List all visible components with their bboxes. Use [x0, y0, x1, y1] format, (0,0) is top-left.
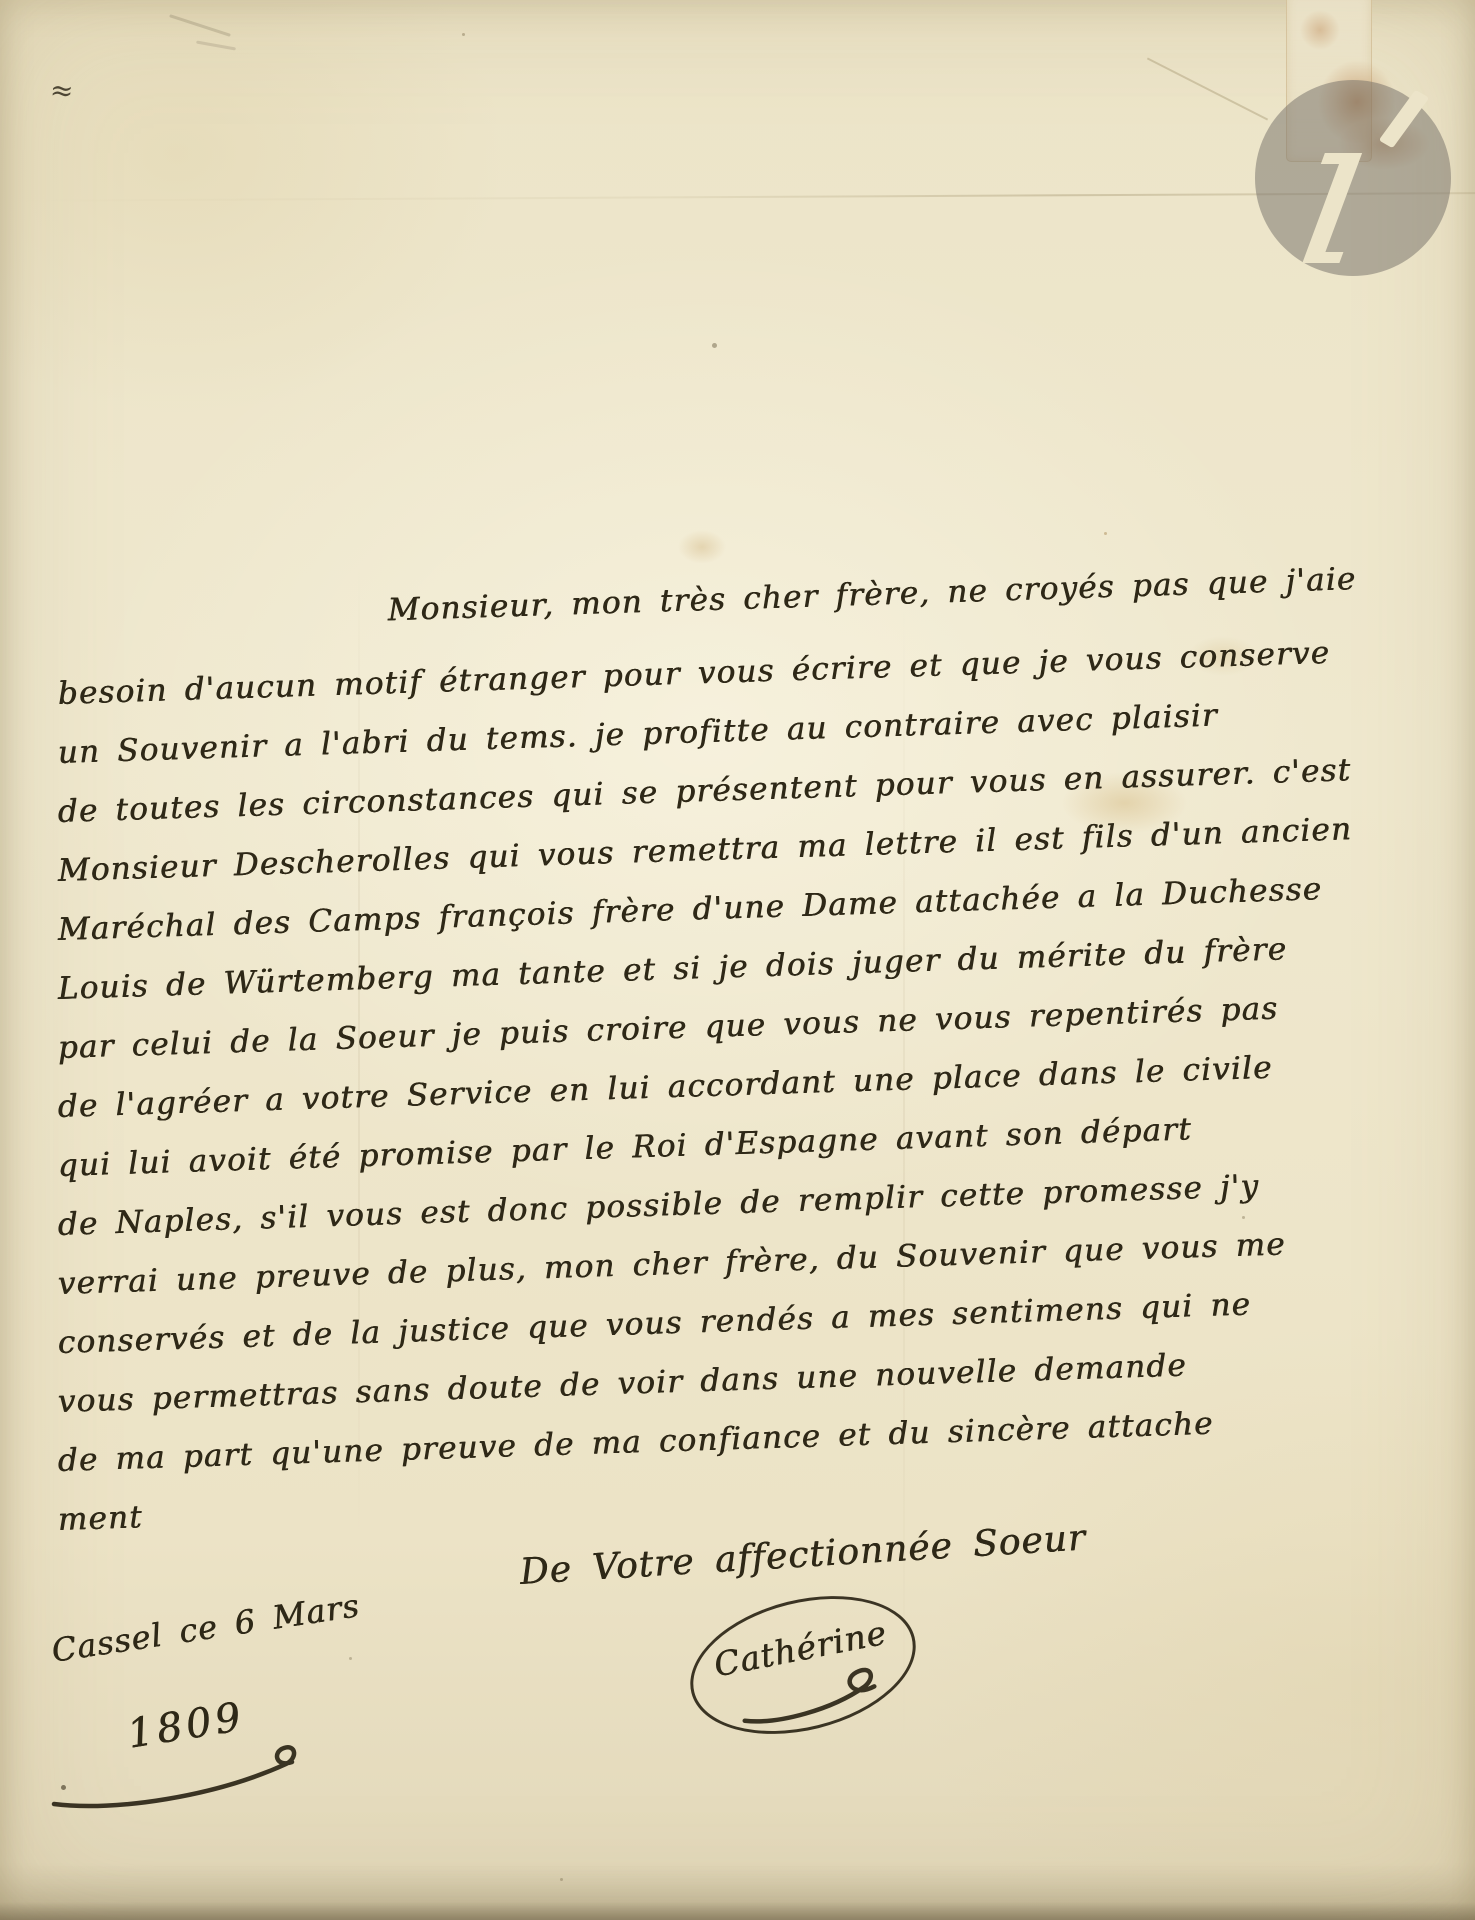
horizontal-fold-crease: [0, 192, 1475, 202]
pencil-smudge: [169, 14, 231, 37]
dateline-place: Cassel ce 6 Mars: [49, 1586, 362, 1670]
paper-specks: [0, 0, 3, 3]
signature-flourish-path: [740, 1668, 877, 1728]
dateline-underline-path: [54, 1747, 294, 1806]
signature-oval: Cathérine: [676, 1574, 931, 1756]
letter-scan-page: ≈ ı Monsieur, mon très cher frère, ne cr…: [0, 0, 1475, 1920]
corner-squiggle-mark: ≈: [49, 73, 75, 108]
foxing-stain: [678, 530, 726, 564]
pencil-smudge: [196, 41, 236, 51]
dateline-underline-flourish: [46, 1740, 346, 1820]
letter-text-block: Monsieur, mon très cher frère, ne croyés…: [58, 592, 1223, 1550]
rust-stain: [1300, 10, 1340, 50]
paper-bottom-edge-shadow: [0, 1902, 1475, 1920]
diagonal-crease: [1147, 57, 1268, 120]
